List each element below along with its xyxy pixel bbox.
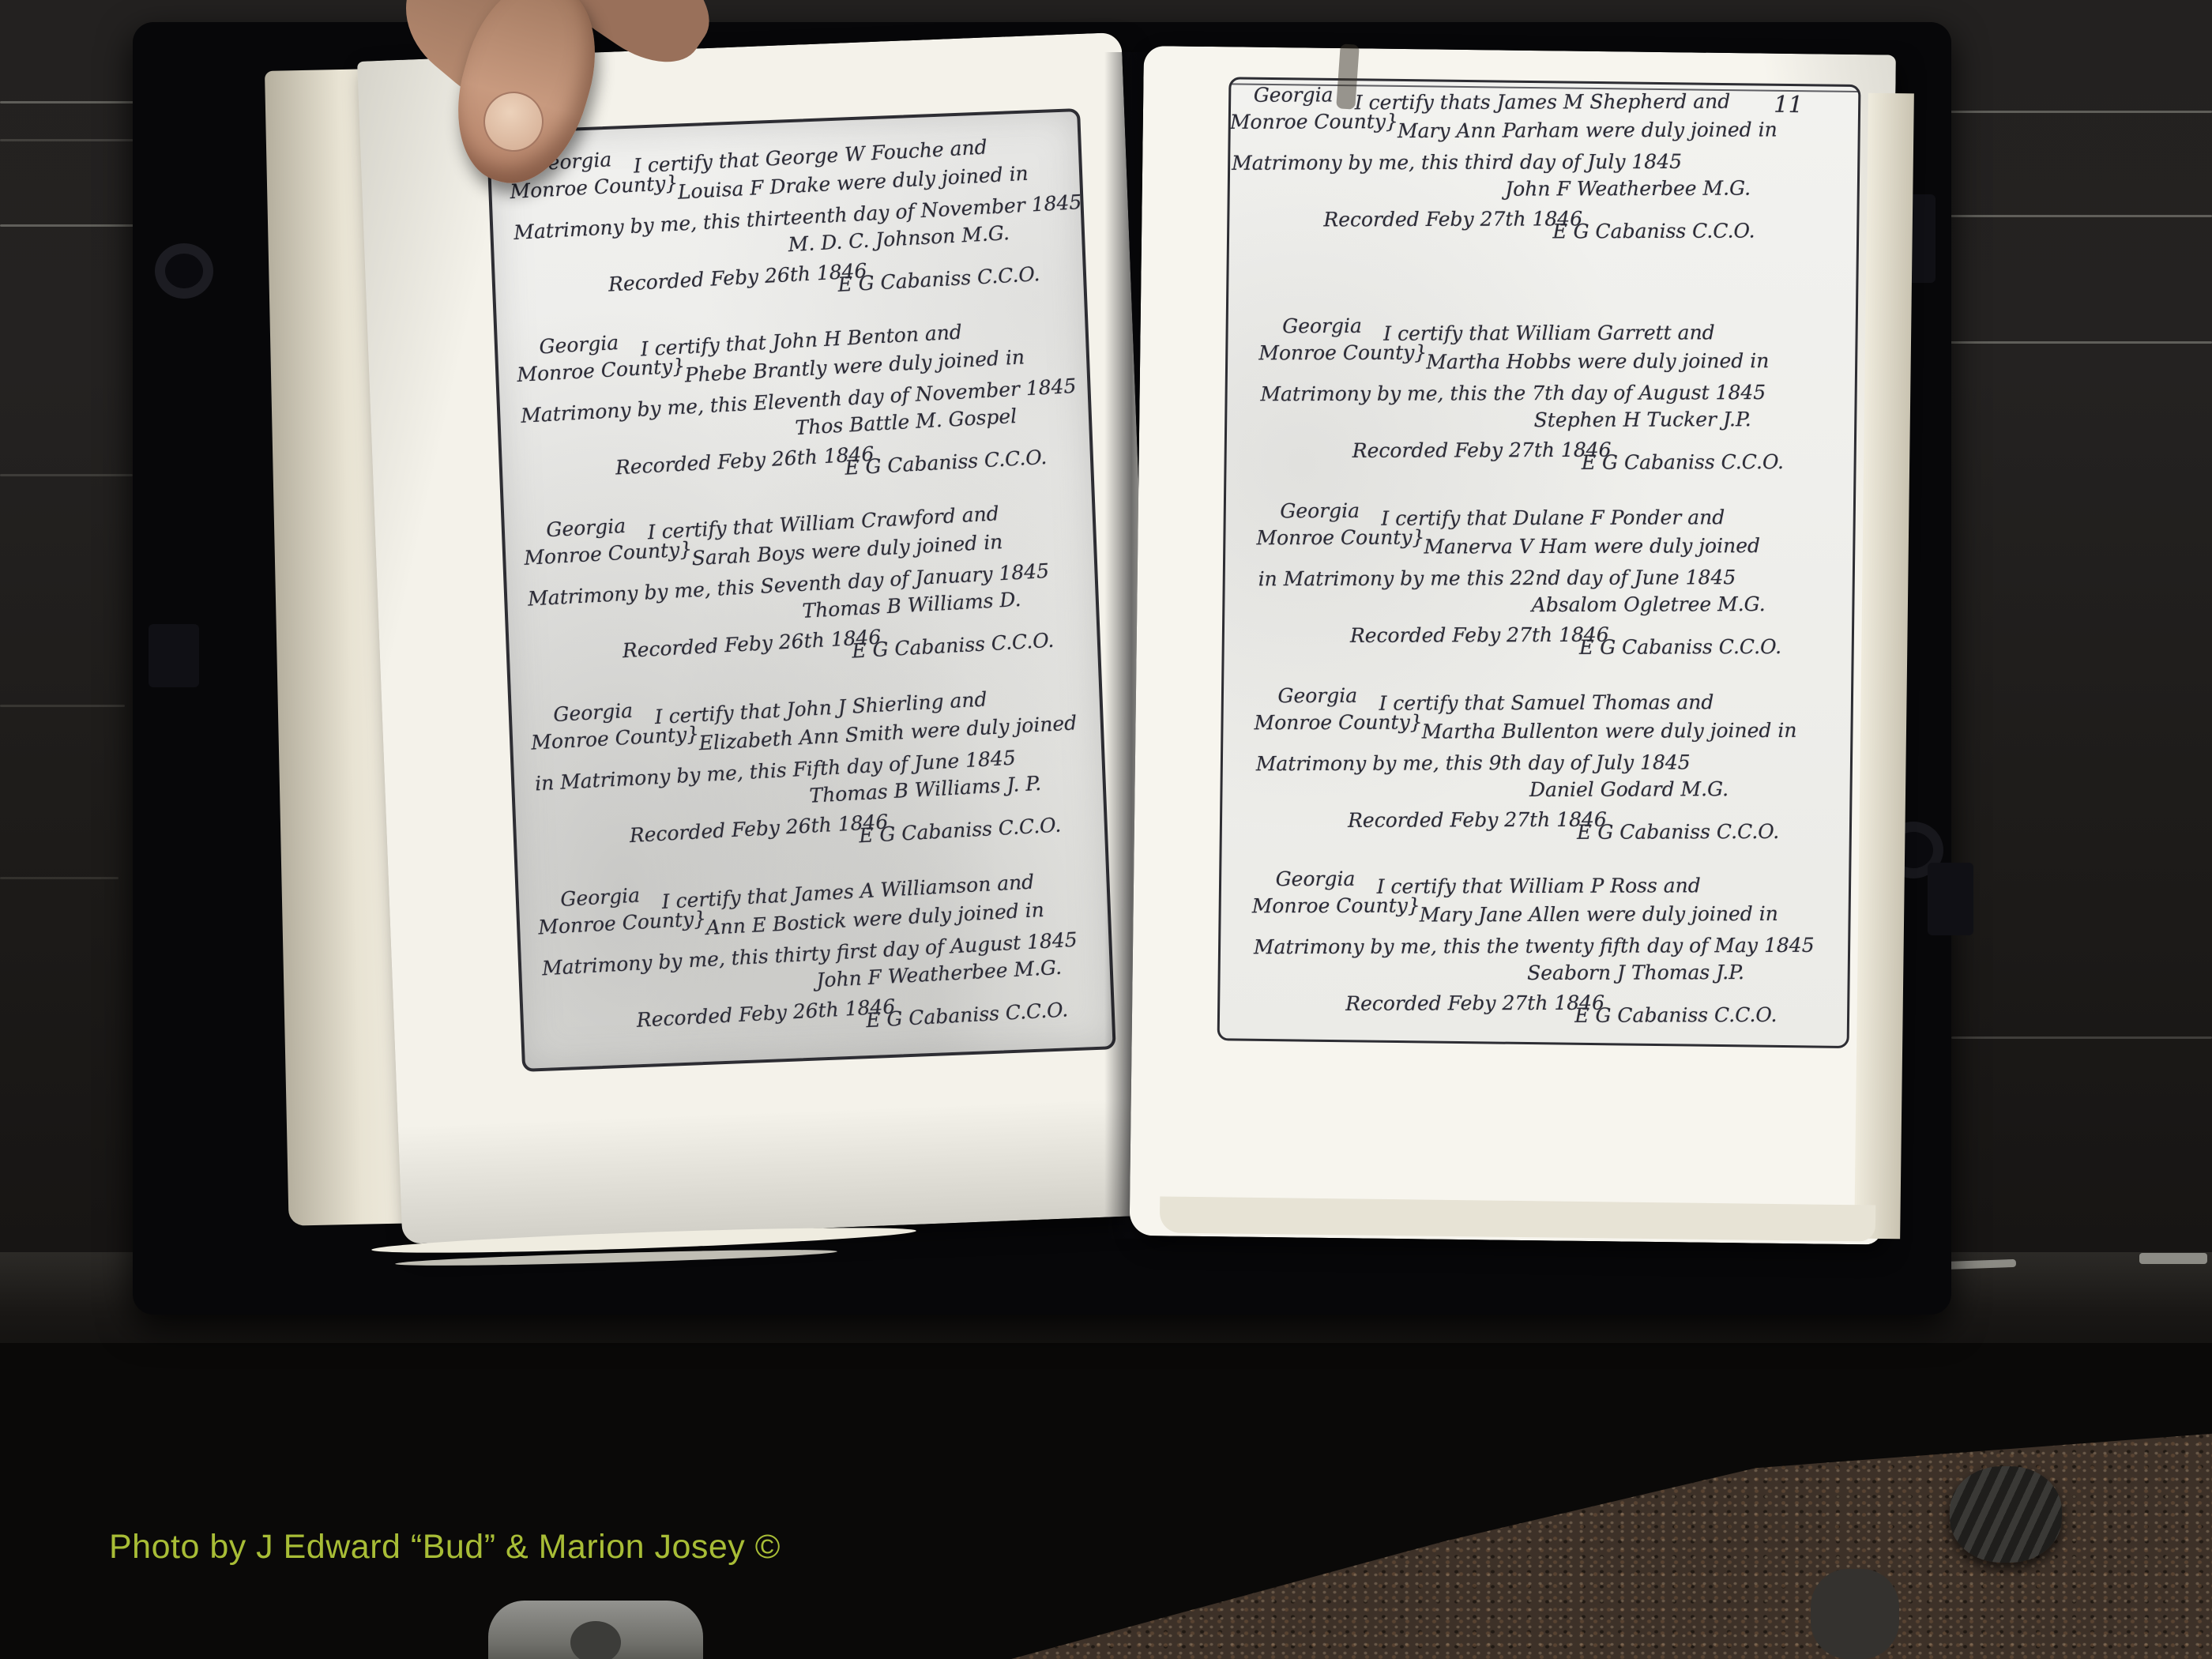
left-page-photostat: 10 Georgia Monroe County} I certify that…	[486, 108, 1115, 1072]
marriage-record: Georgia Monroe County} I certify that Wi…	[1252, 866, 1806, 1041]
record-clerk: E G Cabaniss C.C.O.	[837, 262, 1040, 296]
wood-seam	[1920, 111, 2212, 113]
wood-seam	[0, 474, 133, 476]
record-officiant: Daniel Godard M.G.	[1529, 777, 1729, 801]
record-recorded: Recorded Feby 26th 1846	[622, 626, 882, 663]
record-clerk: E G Cabaniss C.C.O.	[1574, 1003, 1777, 1027]
record-recorded: Recorded Feby 26th 1846	[629, 810, 889, 847]
record-joined: Martha Hobbs were duly joined in	[1426, 349, 1769, 374]
caster-wheel	[1950, 1466, 2062, 1563]
record-state: Georgia	[1276, 867, 1356, 890]
record-state: Georgia	[1277, 684, 1357, 707]
wood-seam	[1939, 341, 2212, 344]
wood-seam	[1920, 215, 2212, 217]
record-recorded: Recorded Feby 27th 1846	[1348, 808, 1607, 832]
marriage-record: Georgia Monroe County} I certify that Wi…	[522, 490, 1084, 694]
marriage-record: Georgia Monroe County} I certify that Du…	[1256, 498, 1810, 673]
record-recorded: Recorded Feby 27th 1846	[1352, 438, 1612, 462]
record-recorded: Recorded Feby 26th 1846	[608, 259, 867, 296]
record-state: Georgia	[1280, 499, 1360, 522]
record-state: Georgia	[539, 331, 619, 358]
record-certify: I certify that William P Ross and	[1377, 874, 1701, 897]
wood-seam	[1951, 1036, 2212, 1039]
caster-wheel	[488, 1601, 703, 1659]
record-recorded: Recorded Feby 26th 1846	[636, 995, 896, 1032]
marriage-record: Georgia Monroe County} I certify that Jo…	[515, 307, 1077, 510]
binder-bracket	[1928, 863, 1973, 935]
record-state: Georgia	[560, 884, 641, 911]
binder-bracket	[149, 624, 199, 687]
record-clerk: E G Cabaniss C.C.O.	[1579, 635, 1781, 659]
record-recorded: Recorded Feby 27th 1846	[1350, 623, 1609, 647]
left-page: 10 Georgia Monroe County} I certify that…	[357, 32, 1167, 1244]
record-matrimony: Matrimony by me, this 9th day of July 18…	[1256, 750, 1691, 775]
record-recorded: Recorded Feby 27th 1846	[1345, 991, 1604, 1015]
wood-seam	[0, 705, 125, 707]
record-state: Georgia	[546, 514, 626, 541]
right-page-photostat: 11 Georgia Monroe County} I certify that…	[1217, 77, 1861, 1048]
record-certify: I certify that Samuel Thomas and	[1379, 690, 1714, 714]
wood-seam	[0, 877, 118, 879]
record-joined: Manerva V Ham were duly joined	[1424, 534, 1760, 558]
binder-post	[155, 243, 213, 299]
record-officiant: Seaborn J Thomas J.P.	[1527, 961, 1744, 984]
marriage-record: Georgia Monroe County} I certify that Ja…	[536, 860, 1098, 1063]
record-matrimony: Matrimony by me, this the 7th day of Aug…	[1260, 381, 1766, 405]
record-matrimony: Matrimony by me, this the twenty fifth d…	[1254, 934, 1815, 958]
marriage-record: Georgia Monroe County} I certify that Jo…	[529, 675, 1091, 878]
record-clerk: E G Cabaniss C.C.O.	[1552, 220, 1755, 243]
record-clerk: E G Cabaniss C.C.O.	[859, 814, 1062, 848]
record-joined: Mary Ann Parham were duly joined in	[1398, 118, 1777, 142]
caster-wheel	[1811, 1569, 1899, 1659]
marriage-record: Georgia Monroe County} I certify that Sa…	[1254, 683, 1808, 858]
record-officiant: Absalom Ogletree M.G.	[1532, 592, 1766, 616]
photo-of-record-book: 10 Georgia Monroe County} I certify that…	[0, 0, 2212, 1659]
record-joined: Mary Jane Allen were duly joined in	[1420, 902, 1778, 927]
record-state: Georgia	[1254, 83, 1334, 106]
record-certify: I certify that Dulane F Ponder and	[1381, 506, 1725, 530]
record-clerk: E G Cabaniss C.C.O.	[866, 998, 1069, 1032]
record-state: Georgia	[1282, 314, 1362, 337]
table-scuff	[2139, 1253, 2207, 1264]
record-joined: Martha Bullenton were duly joined in	[1422, 719, 1797, 743]
record-recorded: Recorded Feby 27th 1846	[1323, 207, 1582, 231]
record-clerk: E G Cabaniss C.C.O.	[852, 629, 1055, 663]
record-matrimony: Matrimony by me, this third day of July …	[1232, 150, 1682, 175]
record-clerk: E G Cabaniss C.C.O.	[1582, 450, 1784, 474]
record-clerk: E G Cabaniss C.C.O.	[845, 446, 1048, 480]
photographer-watermark: Photo by J Edward “Bud” & Marion Josey ©	[109, 1528, 781, 1567]
marriage-record: Georgia Monroe County} I certify that Wi…	[1258, 313, 1812, 488]
record-officiant: John F Weatherbee M.G.	[1505, 177, 1751, 201]
record-matrimony: in Matrimony by me this 22nd day of June…	[1258, 566, 1736, 590]
record-clerk: E G Cabaniss C.C.O.	[1577, 820, 1779, 844]
record-state: Georgia	[553, 699, 634, 726]
marriage-record: Georgia Monroe County} I certify that Ge…	[508, 123, 1070, 327]
marriage-record: Georgia Monroe County} I certify thats J…	[1230, 81, 1784, 257]
record-certify: I certify that William Garrett and	[1383, 321, 1715, 344]
right-page: 11 Georgia Monroe County} I certify that…	[1130, 46, 1896, 1245]
record-officiant: Stephen H Tucker J.P.	[1534, 408, 1751, 431]
record-recorded: Recorded Feby 26th 1846	[615, 442, 875, 480]
record-certify: I certify thats James M Shepherd and	[1355, 90, 1730, 115]
